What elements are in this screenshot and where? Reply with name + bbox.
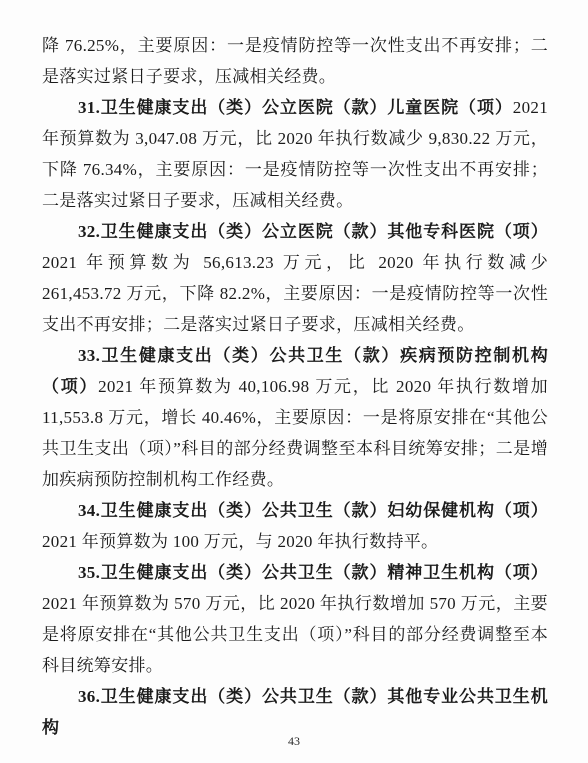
paragraph-heading: 31.卫生健康支出（类）公立医院（款）儿童医院（项）	[78, 98, 513, 117]
paragraph-text: 2021 年预算数为 40,106.98 万元，比 2020 年执行数增加 11…	[42, 377, 548, 489]
paragraph-text: 2021 年预算数为 56,613.23 万元，比 2020 年执行数减少 26…	[42, 253, 548, 334]
document-page: 降 76.25%，主要原因：一是疫情防控等一次性支出不再安排；二是落实过紧日子要…	[0, 0, 588, 763]
paragraph: 降 76.25%，主要原因：一是疫情防控等一次性支出不再安排；二是落实过紧日子要…	[42, 30, 548, 92]
paragraph-heading: 32.卫生健康支出（类）公立医院（款）其他专科医院（项）	[78, 222, 548, 241]
paragraph: 35.卫生健康支出（类）公共卫生（款）精神卫生机构（项）2021 年预算数为 5…	[42, 557, 548, 681]
paragraph: 33.卫生健康支出（类）公共卫生（款）疾病预防控制机构（项）2021 年预算数为…	[42, 340, 548, 495]
paragraph: 34.卫生健康支出（类）公共卫生（款）妇幼保健机构（项）2021 年预算数为 1…	[42, 495, 548, 557]
page-number: 43	[0, 734, 588, 749]
paragraph-text: 降 76.25%，主要原因：一是疫情防控等一次性支出不再安排；二是落实过紧日子要…	[42, 36, 548, 86]
paragraph-text: 2021 年预算数为 100 万元，与 2020 年执行数持平。	[42, 532, 438, 551]
paragraph-text: 2021 年预算数为 570 万元，比 2020 年执行数增加 570 万元，主…	[42, 594, 548, 675]
paragraph-heading: 35.卫生健康支出（类）公共卫生（款）精神卫生机构（项）	[78, 563, 548, 582]
paragraph: 32.卫生健康支出（类）公立医院（款）其他专科医院（项）2021 年预算数为 5…	[42, 216, 548, 340]
paragraph-heading: 36.卫生健康支出（类）公共卫生（款）其他专业公共卫生机构	[42, 687, 548, 737]
paragraph-heading: 34.卫生健康支出（类）公共卫生（款）妇幼保健机构（项）	[78, 501, 548, 520]
paragraph: 31.卫生健康支出（类）公立医院（款）儿童医院（项）2021 年预算数为 3,0…	[42, 92, 548, 216]
